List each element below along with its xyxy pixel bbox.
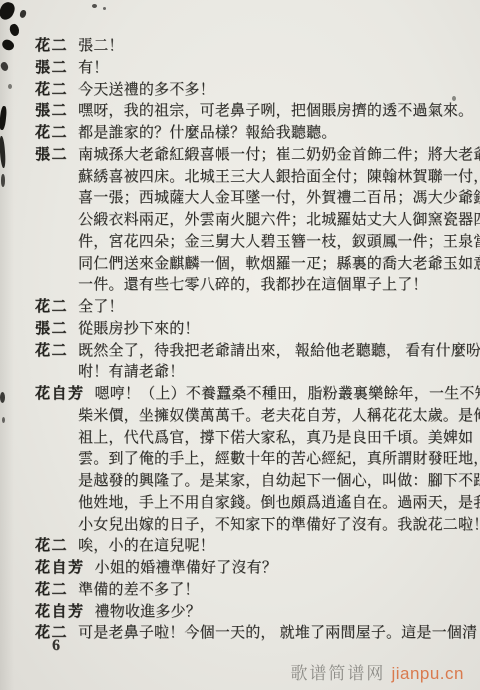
dialogue-text: 同仁們送來金麒麟一個，軟烟羅一疋；縣裏的喬大老爺玉如意 [78, 254, 480, 276]
speaker-name: 花二 [35, 297, 68, 319]
script-line: 花二可是老鼻子啦！今個一天的， 就堆了兩間屋子。這是一個清 [35, 623, 463, 645]
script-line: 花二既然全了，待我把老爺請出來， 報給他老聽聽， 看有什麼吩 [35, 341, 463, 363]
script-line: 花二張二！ [35, 36, 463, 58]
ink-smudge [1, 174, 5, 187]
script-line: 花二唉，小的在這兒呢！ [35, 536, 463, 558]
script-line: 喜一張；西城薩大人金耳墜一付，外賀禮二百吊；馮大少爺鉄 [35, 188, 463, 210]
script-line: 件，宮花四朵；金三舅大人碧玉簪一枝，釵頭鳳一件；王泉當 [35, 232, 463, 254]
dialogue-text: 他姓地，手上不用自家錢。倒也頗爲逍遙自在。過兩天，是我 [78, 493, 480, 515]
script-line: 柴米價，坐擁奴僕萬萬千。老夫花自芳，人稱花花太歲。是俺 [35, 406, 463, 428]
dialogue-text: 可是老鼻子啦！今個一天的， 就堆了兩間屋子。這是一個清 [78, 623, 477, 645]
script-line: 公緞衣料兩疋，外雲南火腿六件；北城羅姑丈大人御窯瓷器四 [35, 210, 463, 232]
speaker-name: 花自芳 [35, 384, 85, 406]
dialogue-text: 嘿呀，我的祖宗，可老鼻子咧，把個賬房擠的透不過氣來。 [78, 101, 473, 123]
dialogue-text: 都是誰家的？什麼品樣？報給我聽聽。 [78, 123, 336, 145]
dialogue-text: 今天送禮的多不多！ [78, 80, 215, 102]
dialogue-text: 南城孫大老爺紅緞喜帳一付；崔二奶奶金首飾二件；將大老爺 [78, 145, 480, 167]
dialogue-text: 蘇綉喜被四床。北城王三大人銀拾面全付；陳翰林賀聯一付， [78, 167, 480, 189]
dialogue-text: 小姐的婚禮準備好了沒有？ [95, 558, 277, 580]
script-line: 雲。到了俺的手上，經數十年的苦心經紀，真所謂財發旺地， [35, 449, 463, 471]
speaker-name: 花自芳 [35, 602, 85, 624]
script-line: 他姓地，手上不用自家錢。倒也頗爲逍遙自在。過兩天，是我 [35, 493, 463, 515]
script-line: 小女兒出嫁的日子，不知家下的準備好了沒有。我說花二啦！ [35, 515, 463, 537]
dialogue-text: 張二！ [78, 36, 124, 58]
dialogue-text: 是越發的興隆了。是某家，自幼起下一個心，叫做：腳下不踩 [78, 471, 480, 493]
script-line: 花自芳小姐的婚禮準備好了沒有？ [35, 558, 463, 580]
dialogue-text: 祖上，代代爲官，撐下偌大家私，真乃是良田千頃。美婢如 [78, 428, 473, 450]
script-line: 蘇綉喜被四床。北城王三大人銀拾面全付；陳翰林賀聯一付， [35, 167, 463, 189]
watermark: 歌谱简谱网jianpu.cn [290, 659, 464, 684]
speaker-name: 花二 [35, 123, 68, 145]
script-body: 花二張二！張二有！花二今天送禮的多不多！張二嘿呀，我的祖宗，可老鼻子咧，把個賬房… [35, 36, 463, 645]
script-line: 花二全了！ [35, 297, 463, 319]
scan-edge-shading [0, 0, 14, 690]
dialogue-text: 唉，小的在這兒呢！ [78, 536, 215, 558]
script-line: 祖上，代代爲官，撐下偌大家私，真乃是良田千頃。美婢如 [35, 428, 463, 450]
dialogue-text: 件，宮花四朵；金三舅大人碧玉簪一枝，釵頭鳳一件；王泉當 [78, 232, 480, 254]
speaker-name: 張二 [35, 319, 68, 341]
ink-smudge [0, 392, 5, 403]
watermark-site-url: jianpu.cn [391, 664, 464, 683]
script-line: 張二有！ [35, 58, 463, 80]
watermark-site-name: 歌谱简谱网 [290, 664, 385, 683]
script-line: 花二準備的差不多了！ [35, 580, 463, 602]
dialogue-text: 咐！有請老爺！ [78, 362, 184, 384]
dialogue-text: 從賬房抄下來的！ [78, 319, 200, 341]
dialogue-text: 小女兒出嫁的日子，不知家下的準備好了沒有。我說花二啦！ [78, 515, 480, 537]
dialogue-text: 一件。還有些七零八碎的，我都抄在這個單子上了！ [78, 275, 428, 297]
script-line: 張二嘿呀，我的祖宗，可老鼻子咧，把個賬房擠的透不過氣來。 [35, 101, 463, 123]
dialogue-text: 柴米價，坐擁奴僕萬萬千。老夫花自芳，人稱花花太歲。是俺 [78, 406, 480, 428]
script-line: 花自芳嗯哼！（上）不養蠶桑不種田，脂粉叢裏樂餘年，一生不知 [35, 384, 463, 406]
dialogue-text: 準備的差不多了！ [78, 580, 200, 602]
ink-smudge [19, 10, 26, 19]
speaker-name: 張二 [35, 101, 68, 123]
script-line: 咐！有請老爺！ [35, 362, 463, 384]
speaker-name: 張二 [35, 58, 68, 80]
script-line: 花二今天送禮的多不多！ [35, 80, 463, 102]
script-line: 張二從賬房抄下來的！ [35, 319, 463, 341]
dialogue-text: 雲。到了俺的手上，經數十年的苦心經紀，真所謂財發旺地， [78, 449, 480, 471]
dialogue-text: 嗯哼！（上）不養蠶桑不種田，脂粉叢裏樂餘年，一生不知 [95, 384, 480, 406]
script-line: 張二南城孫大老爺紅緞喜帳一付；崔二奶奶金首飾二件；將大老爺 [35, 145, 463, 167]
dialogue-text: 公緞衣料兩疋，外雲南火腿六件；北城羅姑丈大人御窯瓷器四 [78, 210, 480, 232]
speaker-name: 花二 [35, 36, 68, 58]
script-line: 花二都是誰家的？什麼品樣？報給我聽聽。 [35, 123, 463, 145]
speaker-name: 花二 [35, 80, 68, 102]
ink-smudge [103, 7, 106, 10]
speaker-name: 花自芳 [35, 558, 85, 580]
speaker-name: 張二 [35, 145, 68, 167]
ink-smudge [8, 84, 12, 89]
scanned-script-page: 花二張二！張二有！花二今天送禮的多不多！張二嘿呀，我的祖宗，可老鼻子咧，把個賬房… [0, 0, 480, 690]
speaker-name: 花二 [35, 536, 68, 558]
dialogue-text: 喜一張；西城薩大人金耳墜一付，外賀禮二百吊；馮大少爺鉄 [78, 188, 480, 210]
dialogue-text: 有！ [78, 58, 108, 80]
script-line: 是越發的興隆了。是某家，自幼起下一個心，叫做：腳下不踩 [35, 471, 463, 493]
dialogue-text: 全了！ [78, 297, 124, 319]
speaker-name: 花二 [35, 341, 68, 363]
speaker-name: 花二 [35, 580, 68, 602]
ink-smudge [2, 417, 5, 423]
ink-smudge [92, 4, 97, 8]
page-number: 6 [52, 637, 60, 655]
dialogue-text: 禮物收進多少？ [95, 602, 201, 624]
script-line: 花自芳禮物收進多少？ [35, 602, 463, 624]
script-line: 一件。還有些七零八碎的，我都抄在這個單子上了！ [35, 275, 463, 297]
script-line: 同仁們送來金麒麟一個，軟烟羅一疋；縣裏的喬大老爺玉如意 [35, 254, 463, 276]
dialogue-text: 既然全了，待我把老爺請出來， 報給他老聽聽， 看有什麼吩 [78, 341, 480, 363]
